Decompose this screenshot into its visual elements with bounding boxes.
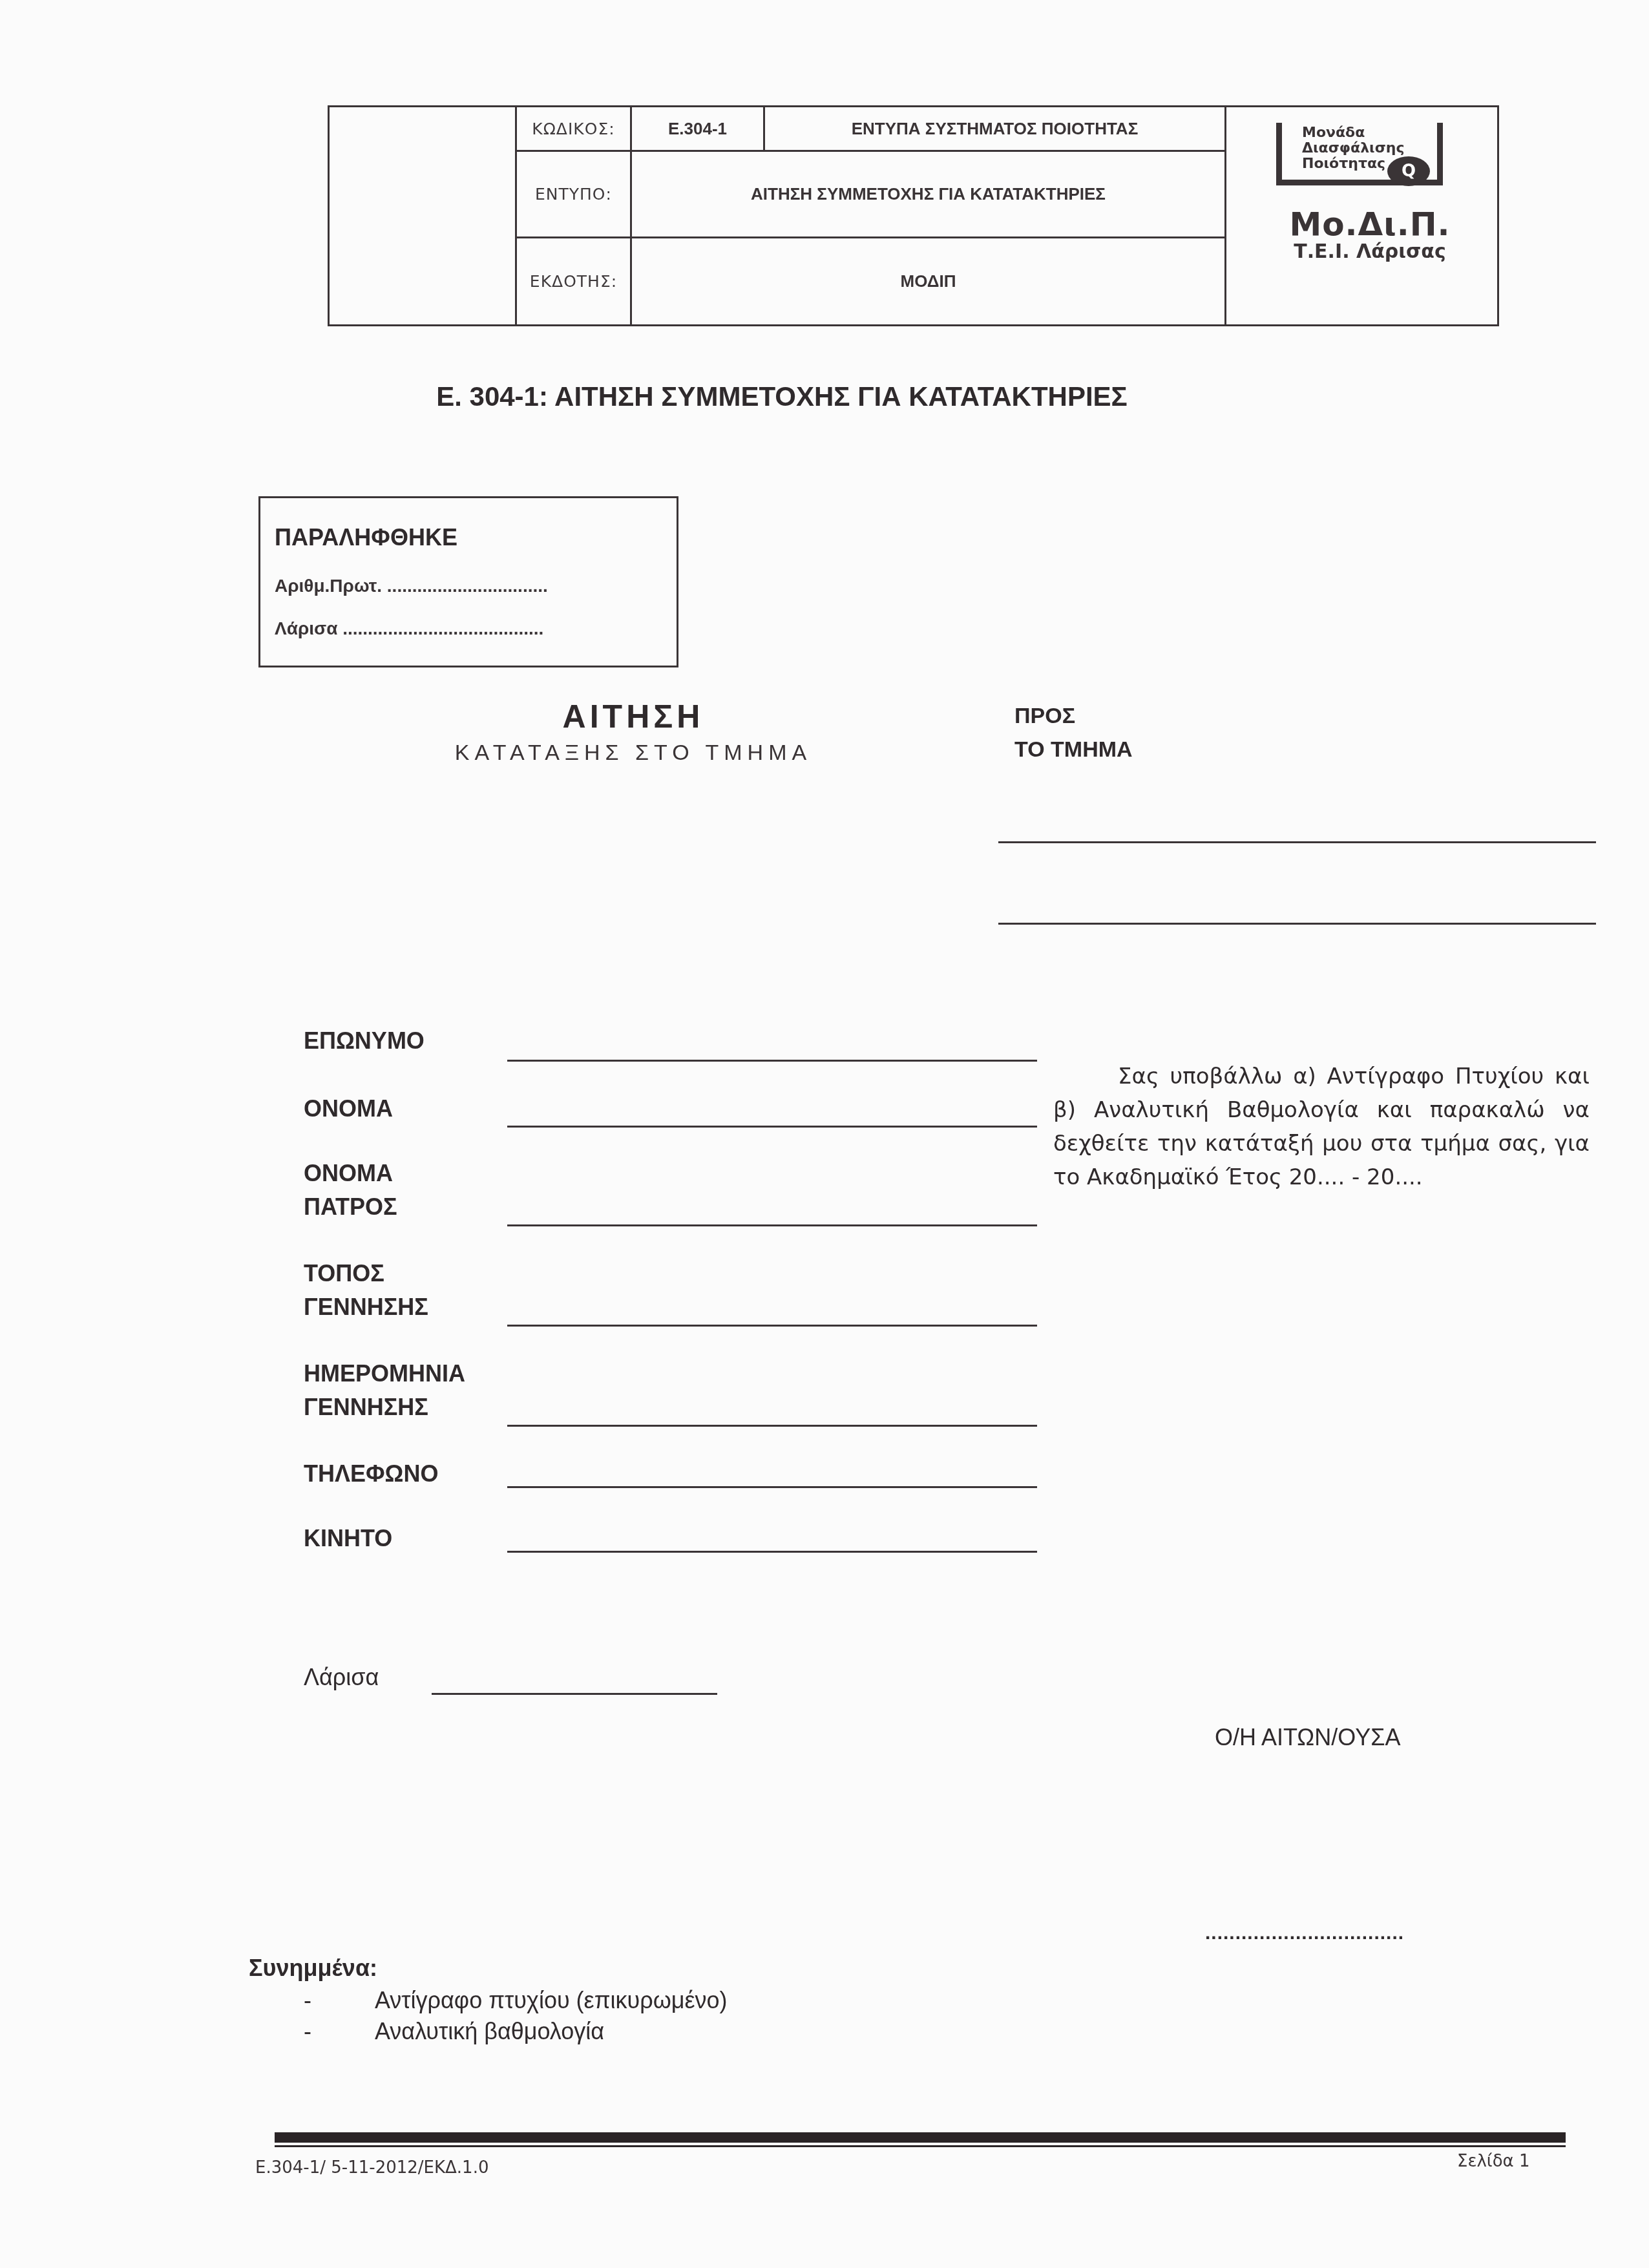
department-field-line-2[interactable]	[998, 923, 1596, 925]
field-input-line[interactable]	[507, 1126, 1037, 1128]
field-label: ΟΝΟΜΑΠΑΤΡΟΣ	[304, 1157, 397, 1224]
application-subheading: ΚΑΤΑΤΑΞΗΣ ΣΤΟ ΤΜΗΜΑ	[394, 740, 872, 766]
document-reference: Ε.304-1/ 5-11-2012/ΕΚΔ.1.0	[255, 2158, 488, 2178]
application-heading: ΑΙΤΗΣΗ	[446, 698, 821, 735]
field-input-line[interactable]	[507, 1425, 1037, 1427]
form-label: ΕΝΤΥΠΟ:	[517, 152, 630, 236]
footer-rule-thin	[275, 2145, 1566, 2147]
attachment-item: -Αντίγραφο πτυχίου (επικυρωμένο)	[304, 1987, 728, 2014]
attachments-title: Συνημμένα:	[249, 1955, 377, 1982]
place-date-field[interactable]	[432, 1693, 717, 1695]
place-date-label: Λάρισα	[304, 1664, 379, 1691]
department-field-line-1[interactable]	[998, 841, 1596, 843]
form-value: ΑΙΤΗΣΗ ΣΥΜΜΕΤΟΧΗΣ ΓΙΑ ΚΑΤΑΤΑΚΤΗΡΙΕΣ	[632, 152, 1224, 236]
page-number: Σελίδα 1	[1457, 2152, 1530, 2171]
attachment-item: -Αναλυτική βαθμολογία	[304, 2018, 604, 2045]
system-title: ΕΝΤΥΠΑ ΣΥΣΤΗΜΑΤΟΣ ΠΟΙΟΤΗΤΑΣ	[765, 107, 1224, 150]
field-label: ΟΝΟΜΑ	[304, 1092, 393, 1126]
field-label: ΕΠΩΝΥΜΟ	[304, 1024, 425, 1058]
field-input-line[interactable]	[507, 1325, 1037, 1327]
received-stamp-box: ΠΑΡΑΛΗΦΘΗΚΕ Αριθμ.Πρωτ. ................…	[258, 496, 678, 667]
logo-institution: Τ.Ε.Ι. Λάρισας	[1286, 240, 1454, 263]
field-label: ΤΟΠΟΣΓΕΝΝΗΣΗΣ	[304, 1257, 428, 1324]
received-place-field[interactable]: Λάρισα .................................…	[275, 618, 543, 639]
applicant-label: Ο/Η ΑΙΤΩΝ/ΟΥΣΑ	[1215, 1724, 1400, 1751]
request-paragraph: Σας υποβάλλω α) Αντίγραφο Πτυχίου και β)…	[1053, 1060, 1590, 1194]
recipient-line-1: ΠΡΟΣ	[1014, 699, 1133, 733]
protocol-number-field[interactable]: Αριθμ.Πρωτ. ............................…	[275, 576, 548, 596]
divider	[1224, 107, 1226, 324]
recipient-block: ΠΡΟΣ ΤΟ ΤΜΗΜΑ	[1014, 699, 1133, 766]
field-input-line[interactable]	[507, 1486, 1037, 1488]
field-input-line[interactable]	[507, 1224, 1037, 1226]
field-input-line[interactable]	[507, 1551, 1037, 1553]
field-label: ΚΙΝΗΤΟ	[304, 1522, 392, 1555]
recipient-line-2: ΤΟ ΤΜΗΜΑ	[1014, 733, 1133, 766]
field-label: ΤΗΛΕΦΩΝΟ	[304, 1457, 438, 1491]
modip-logo: Μονάδα Διασφάλισης Ποιότητας Q	[1276, 123, 1447, 200]
field-label: ΗΜΕΡΟΜΗΝΙΑΓΕΝΝΗΣΗΣ	[304, 1357, 465, 1424]
received-title: ΠΑΡΑΛΗΦΘΗΚΕ	[275, 524, 457, 551]
page-title: Ε. 304-1: ΑΙΤΗΣΗ ΣΥΜΜΕΤΟΧΗΣ ΓΙΑ ΚΑΤΑΤΑΚΤ…	[246, 381, 1409, 412]
logo-acronym: Μο.Δι.Π.	[1286, 205, 1454, 243]
quality-q-icon: Q	[1387, 156, 1430, 186]
signature-field[interactable]: .................................	[1205, 1922, 1404, 1944]
issuer-value: ΜΟΔΙΠ	[632, 238, 1224, 324]
code-value: Ε.304-1	[632, 107, 763, 150]
footer-rule	[275, 2132, 1566, 2143]
code-label: ΚΩΔΙΚΟΣ:	[517, 107, 630, 150]
field-input-line[interactable]	[507, 1060, 1037, 1062]
issuer-label: ΕΚΔΟΤΗΣ:	[517, 238, 630, 324]
